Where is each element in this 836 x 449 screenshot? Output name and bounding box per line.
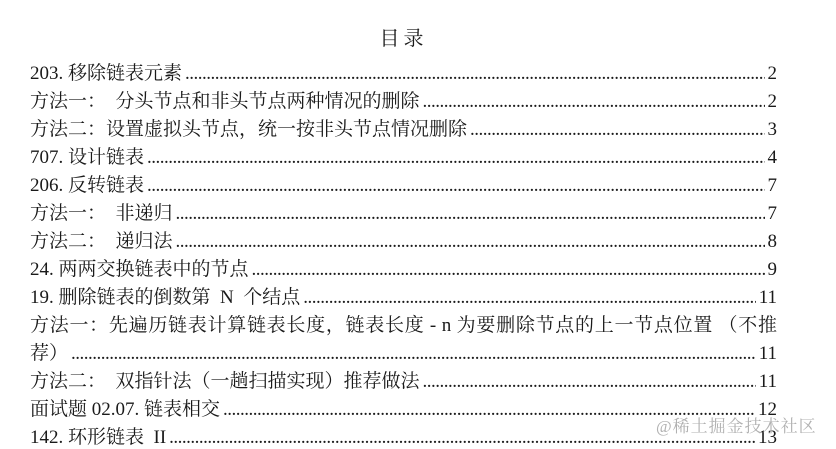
toc-entry-label: 19. 删除链表的倒数第 N 个结点	[30, 284, 300, 312]
toc-entry-label: 方法二： 递归法	[30, 228, 173, 256]
toc-page-number: 12	[758, 396, 777, 424]
toc-entry[interactable]: 方法一：先遍历链表计算链表长度，链表长度 - n 为要删除节点的上一节点位置 （…	[30, 312, 777, 368]
toc-page-number: 11	[759, 340, 777, 368]
toc-entry[interactable]: 142. 环形链表 II............................…	[30, 424, 777, 449]
toc-page-number: 11	[759, 368, 777, 396]
toc-entry-label: 方法二： 双指针法（一趟扫描实现）推荐做法	[30, 368, 420, 396]
toc-row: 方法二： 双指针法（一趟扫描实现）推荐做法...................…	[30, 368, 777, 396]
toc-page-number: 8	[768, 228, 778, 256]
dot-leader: ........................................…	[68, 340, 756, 368]
toc-page-number: 11	[759, 284, 777, 312]
toc-entry-label-line1: 方法一：先遍历链表计算链表长度，链表长度 - n 为要删除节点的上一节点位置 （…	[30, 312, 777, 340]
dot-leader: ........................................…	[220, 396, 755, 424]
toc-entry[interactable]: 707. 设计链表...............................…	[30, 144, 777, 172]
toc-row: 203. 移除链表元素.............................…	[30, 60, 777, 88]
toc-row: 面试题 02.07. 链表相交.........................…	[30, 396, 777, 424]
toc-row: 方法一： 非递归................................…	[30, 200, 777, 228]
dot-leader: ........................................…	[173, 200, 765, 228]
toc-entry-label: 方法二：设置虚拟头节点，统一按非头节点情况删除	[30, 116, 467, 144]
toc-row: 707. 设计链表...............................…	[30, 144, 777, 172]
dot-leader: ........................................…	[249, 256, 765, 284]
toc-row: 24. 两两交换链表中的节点..........................…	[30, 256, 777, 284]
toc-entry[interactable]: 方法二： 递归法................................…	[30, 228, 777, 256]
dot-leader: ........................................…	[173, 228, 765, 256]
dot-leader: ........................................…	[144, 172, 764, 200]
dot-leader: ........................................…	[144, 144, 764, 172]
toc-page-number: 2	[768, 60, 778, 88]
toc-entry[interactable]: 19. 删除链表的倒数第 N 个结点......................…	[30, 284, 777, 312]
toc-entry-label: 面试题 02.07. 链表相交	[30, 396, 220, 424]
toc-entry-label: 方法一： 分头节点和非头节点两种情况的删除	[30, 88, 420, 116]
toc-entry[interactable]: 203. 移除链表元素.............................…	[30, 60, 777, 88]
toc-row: 206. 反转链表...............................…	[30, 172, 777, 200]
dot-leader: ........................................…	[467, 116, 764, 144]
dot-leader: ........................................…	[300, 284, 755, 312]
toc-entry-label: 荐）	[30, 340, 68, 368]
toc-title: 目录	[30, 24, 777, 54]
toc-row: 荐）......................................…	[30, 340, 777, 368]
dot-leader: ........................................…	[182, 60, 764, 88]
toc-row: 方法二： 递归法................................…	[30, 228, 777, 256]
dot-leader: ........................................…	[420, 368, 756, 396]
toc-entry-label: 206. 反转链表	[30, 172, 144, 200]
toc-entry-label: 24. 两两交换链表中的节点	[30, 256, 249, 284]
toc-entry[interactable]: 方法一： 分头节点和非头节点两种情况的删除...................…	[30, 88, 777, 116]
toc-entry-label: 203. 移除链表元素	[30, 60, 182, 88]
toc-entry-label: 方法一： 非递归	[30, 200, 173, 228]
toc-row: 19. 删除链表的倒数第 N 个结点......................…	[30, 284, 777, 312]
toc-page-number: 7	[768, 200, 778, 228]
toc-page-number: 7	[768, 172, 778, 200]
toc-entry[interactable]: 206. 反转链表...............................…	[30, 172, 777, 200]
toc-page-number: 4	[768, 144, 778, 172]
toc-row: 方法二：设置虚拟头节点，统一按非头节点情况删除.................…	[30, 116, 777, 144]
toc-entry[interactable]: 方法二： 双指针法（一趟扫描实现）推荐做法...................…	[30, 368, 777, 396]
toc-list: 203. 移除链表元素.............................…	[30, 60, 777, 449]
document-page: 目录 203. 移除链表元素..........................…	[0, 0, 836, 449]
dot-leader: ........................................…	[166, 424, 755, 449]
toc-page-number: 2	[768, 88, 778, 116]
toc-row: 142. 环形链表 II............................…	[30, 424, 777, 449]
toc-page-number: 3	[768, 116, 778, 144]
toc-entry[interactable]: 24. 两两交换链表中的节点..........................…	[30, 256, 777, 284]
toc-entry-label: 707. 设计链表	[30, 144, 144, 172]
dot-leader: ........................................…	[420, 88, 765, 116]
toc-row: 方法一： 分头节点和非头节点两种情况的删除...................…	[30, 88, 777, 116]
toc-page-number: 9	[768, 256, 778, 284]
toc-entry[interactable]: 方法一： 非递归................................…	[30, 200, 777, 228]
toc-entry[interactable]: 方法二：设置虚拟头节点，统一按非头节点情况删除.................…	[30, 116, 777, 144]
toc-entry-label: 142. 环形链表 II	[30, 424, 166, 449]
toc-entry[interactable]: 面试题 02.07. 链表相交.........................…	[30, 396, 777, 424]
toc-page-number: 13	[758, 424, 777, 449]
